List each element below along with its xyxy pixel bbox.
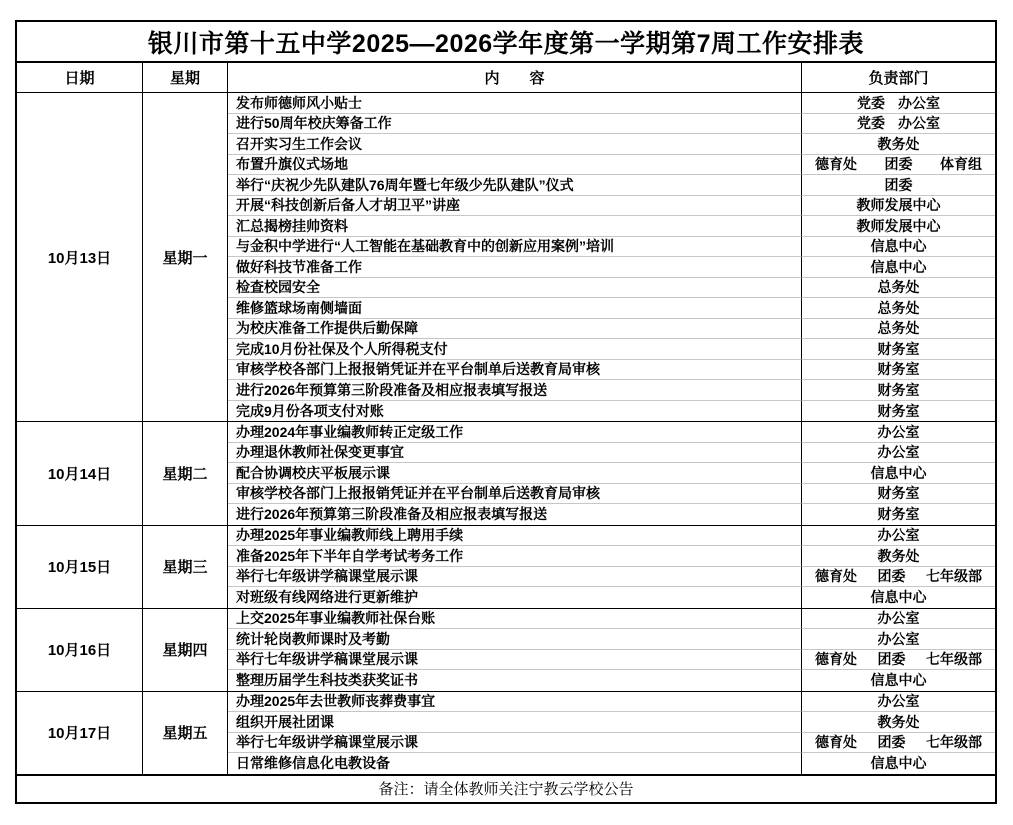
- task-content-cell: 汇总揭榜挂帅资料: [228, 216, 802, 237]
- day-block: 10月15日星期三办理2025年事业编教师线上聘用手续办公室准备2025年下半年…: [17, 526, 995, 609]
- task-content-cell: 日常维修信息化电教设备: [228, 753, 802, 774]
- task-content-cell: 组织开展社团课: [228, 712, 802, 733]
- task-content-cell: 举行七年级讲学稿课堂展示课: [228, 567, 802, 588]
- department-name: 财务室: [878, 484, 920, 504]
- department-cell: 德育处团委七年级部: [802, 567, 995, 588]
- department-cell: 财务室: [802, 380, 995, 401]
- department-cell: 德育处团委七年级部: [802, 733, 995, 754]
- task-content-cell: 与金积中学进行“人工智能在基础教育中的创新应用案例”培训: [228, 237, 802, 258]
- department-cell: 办公室: [802, 609, 995, 630]
- department-name: 团委: [878, 733, 906, 753]
- department-cell: 办公室: [802, 629, 995, 650]
- department-cell: 教务处: [802, 134, 995, 155]
- department-name: 团委: [885, 155, 913, 175]
- task-content-cell: 维修篮球场南侧墙面: [228, 298, 802, 319]
- department-name: 七年级部: [926, 650, 982, 670]
- department-name: 财务室: [878, 401, 920, 421]
- department-name: 信息中心: [871, 463, 927, 483]
- task-content-cell: 配合协调校庆平板展示课: [228, 463, 802, 484]
- department-cell: 信息中心: [802, 237, 995, 258]
- department-cell: 教务处: [802, 712, 995, 733]
- task-content-cell: 为校庆准备工作提供后勤保障: [228, 319, 802, 340]
- date-cell: 10月15日: [17, 526, 143, 608]
- department-cell: 教师发展中心: [802, 196, 995, 217]
- task-content-cell: 布置升旗仪式场地: [228, 155, 802, 176]
- task-content-cell: 审核学校各部门上报报销凭证并在平台制单后送教育局审核: [228, 360, 802, 381]
- week-cell: 星期一: [143, 93, 228, 421]
- department-name: 七年级部: [926, 733, 982, 753]
- department-cell: 德育处团委七年级部: [802, 650, 995, 671]
- department-cell: 财务室: [802, 360, 995, 381]
- department-name: 教务处: [878, 712, 920, 732]
- date-cell: 10月17日: [17, 692, 143, 774]
- department-name: 办公室: [878, 692, 920, 712]
- department-name: 德育处: [815, 567, 857, 587]
- department-name: 财务室: [878, 360, 920, 380]
- day-block: 10月16日星期四上交2025年事业编教师社保台账办公室统计轮岗教师课时及考勤办…: [17, 609, 995, 692]
- task-content-cell: 办理2024年事业编教师转正定级工作: [228, 422, 802, 443]
- task-content-cell: 发布师德师风小贴士: [228, 93, 802, 114]
- task-content-cell: 审核学校各部门上报报销凭证并在平台制单后送教育局审核: [228, 484, 802, 505]
- department-cell: 办公室: [802, 526, 995, 547]
- department-cell: 办公室: [802, 692, 995, 713]
- department-name: 财务室: [878, 380, 920, 400]
- date-cell: 10月13日: [17, 93, 143, 421]
- week-cell: 星期三: [143, 526, 228, 608]
- department-name: 办公室: [878, 443, 920, 463]
- department-name: 教务处: [878, 134, 920, 154]
- department-name: 办公室: [898, 93, 940, 113]
- department-name: 团委: [878, 567, 906, 587]
- department-name: 信息中心: [871, 237, 927, 257]
- department-name: 财务室: [878, 504, 920, 524]
- department-name: 信息中心: [871, 753, 927, 773]
- department-name: 教务处: [878, 546, 920, 566]
- task-content-cell: 进行2026年预算第三阶段准备及相应报表填写报送: [228, 504, 802, 525]
- department-cell: 总务处: [802, 319, 995, 340]
- department-cell: 党委办公室: [802, 93, 995, 114]
- task-content-cell: 进行2026年预算第三阶段准备及相应报表填写报送: [228, 380, 802, 401]
- department-name: 办公室: [878, 526, 920, 546]
- department-cell: 财务室: [802, 339, 995, 360]
- day-block: 10月13日星期一发布师德师风小贴士党委办公室进行50周年校庆筹备工作党委办公室…: [17, 93, 995, 422]
- date-cell: 10月14日: [17, 422, 143, 525]
- header-department: 负责部门: [802, 63, 995, 92]
- department-cell: 团委: [802, 175, 995, 196]
- department-name: 德育处: [815, 733, 857, 753]
- page-title: 银川市第十五中学2025—2026学年度第一学期第7周工作安排表: [17, 22, 995, 63]
- department-cell: 信息中心: [802, 587, 995, 608]
- department-cell: 财务室: [802, 401, 995, 422]
- department-name: 办公室: [878, 609, 920, 629]
- header-content: 内 容: [228, 63, 802, 92]
- task-content-cell: 检查校园安全: [228, 278, 802, 299]
- department-name: 体育组: [940, 155, 982, 175]
- department-cell: 教师发展中心: [802, 216, 995, 237]
- task-content-cell: 办理退休教师社保变更事宜: [228, 443, 802, 464]
- task-content-cell: 完成10月份社保及个人所得税支付: [228, 339, 802, 360]
- department-name: 团委: [885, 175, 913, 195]
- department-cell: 教务处: [802, 546, 995, 567]
- department-name: 教师发展中心: [857, 216, 941, 236]
- department-cell: 德育处团委体育组: [802, 155, 995, 176]
- task-content-cell: 对班级有线网络进行更新维护: [228, 587, 802, 608]
- table-body: 10月13日星期一发布师德师风小贴士党委办公室进行50周年校庆筹备工作党委办公室…: [17, 93, 995, 776]
- department-cell: 财务室: [802, 504, 995, 525]
- work-schedule-sheet: 银川市第十五中学2025—2026学年度第一学期第7周工作安排表 日期 星期 内…: [15, 20, 997, 804]
- task-content-cell: 上交2025年事业编教师社保台账: [228, 609, 802, 630]
- department-name: 信息中心: [871, 670, 927, 690]
- department-cell: 财务室: [802, 484, 995, 505]
- department-cell: 总务处: [802, 278, 995, 299]
- department-cell: 办公室: [802, 422, 995, 443]
- header-week: 星期: [143, 63, 228, 92]
- date-cell: 10月16日: [17, 609, 143, 691]
- department-name: 党委: [857, 93, 885, 113]
- task-content-cell: 召开实习生工作会议: [228, 134, 802, 155]
- table-header: 日期 星期 内 容 负责部门: [17, 63, 995, 93]
- department-name: 教师发展中心: [857, 196, 941, 216]
- task-content-cell: 统计轮岗教师课时及考勤: [228, 629, 802, 650]
- department-name: 党委: [857, 114, 885, 134]
- day-block: 10月17日星期五办理2025年去世教师丧葬费事宜办公室组织开展社团课教务处举行…: [17, 692, 995, 776]
- department-name: 办公室: [878, 629, 920, 649]
- footer-note: 备注：请全体教师关注宁教云学校公告: [17, 776, 995, 802]
- department-name: 总务处: [878, 319, 920, 339]
- header-date: 日期: [17, 63, 143, 92]
- task-content-cell: 准备2025年下半年自学考试考务工作: [228, 546, 802, 567]
- department-cell: 信息中心: [802, 257, 995, 278]
- department-name: 信息中心: [871, 587, 927, 607]
- day-block: 10月14日星期二办理2024年事业编教师转正定级工作办公室办理退休教师社保变更…: [17, 422, 995, 526]
- week-cell: 星期四: [143, 609, 228, 691]
- department-name: 总务处: [878, 278, 920, 298]
- task-content-cell: 举行“庆祝少先队建队76周年暨七年级少先队建队”仪式: [228, 175, 802, 196]
- department-cell: 信息中心: [802, 463, 995, 484]
- department-name: 财务室: [878, 339, 920, 359]
- task-content-cell: 举行七年级讲学稿课堂展示课: [228, 650, 802, 671]
- task-content-cell: 做好科技节准备工作: [228, 257, 802, 278]
- task-content-cell: 举行七年级讲学稿课堂展示课: [228, 733, 802, 754]
- department-cell: 总务处: [802, 298, 995, 319]
- department-name: 团委: [878, 650, 906, 670]
- department-name: 德育处: [815, 650, 857, 670]
- week-cell: 星期二: [143, 422, 228, 525]
- task-content-cell: 完成9月份各项支付对账: [228, 401, 802, 422]
- task-content-cell: 进行50周年校庆筹备工作: [228, 114, 802, 135]
- department-name: 德育处: [815, 155, 857, 175]
- department-cell: 信息中心: [802, 753, 995, 774]
- task-content-cell: 办理2025年去世教师丧葬费事宜: [228, 692, 802, 713]
- task-content-cell: 开展“科技创新后备人才胡卫平”讲座: [228, 196, 802, 217]
- week-cell: 星期五: [143, 692, 228, 774]
- task-content-cell: 整理历届学生科技类获奖证书: [228, 670, 802, 691]
- department-name: 总务处: [878, 298, 920, 318]
- task-content-cell: 办理2025年事业编教师线上聘用手续: [228, 526, 802, 547]
- department-cell: 党委办公室: [802, 114, 995, 135]
- department-cell: 办公室: [802, 443, 995, 464]
- department-name: 七年级部: [926, 567, 982, 587]
- department-cell: 信息中心: [802, 670, 995, 691]
- department-name: 办公室: [878, 422, 920, 442]
- department-name: 信息中心: [871, 257, 927, 277]
- department-name: 办公室: [898, 114, 940, 134]
